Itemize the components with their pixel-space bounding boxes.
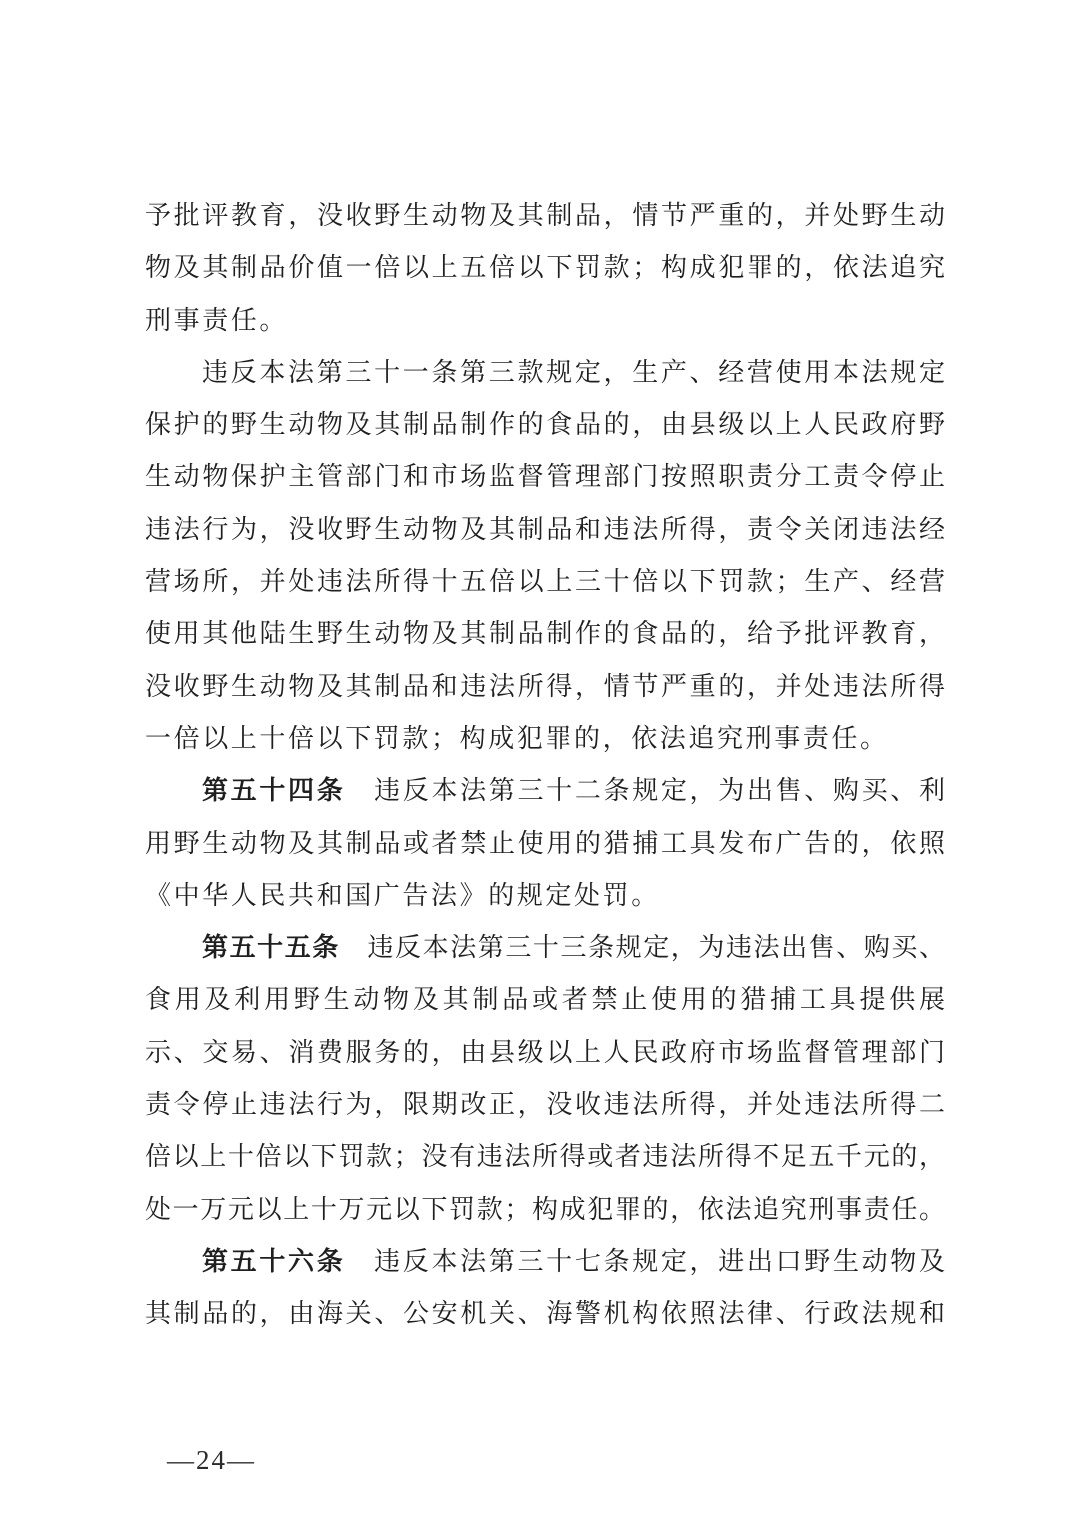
text-line: 没收野生动物及其制品和违法所得，情节严重的，并处违法所得 <box>145 661 945 713</box>
article-number-label: 第五十四条 <box>202 776 345 805</box>
text-line: 食用及利用野生动物及其制品或者禁止使用的猎捕工具提供展 <box>145 974 945 1026</box>
line-text: 用野生动物及其制品或者禁止使用的猎捕工具发布广告的，依照 <box>145 829 945 858</box>
line-text: 违反本法第三十二条规定，为出售、购买、利 <box>345 776 945 805</box>
text-line: 使用其他陆生野生动物及其制品制作的食品的，给予批评教育， <box>145 608 945 660</box>
line-text: 物及其制品价值一倍以上五倍以下罚款；构成犯罪的，依法追究 <box>145 253 945 282</box>
line-text: 违反本法第三十一条第三款规定，生产、经营使用本法规定 <box>202 358 945 387</box>
text-line: 刑事责任。 <box>145 295 945 347</box>
line-text: 违反本法第三十三条规定，为违法出售、购买、 <box>340 933 945 962</box>
text-line-article-56: 第五十六条 违反本法第三十七条规定，进出口野生动物及 <box>145 1236 945 1288</box>
line-text: 处一万元以上十万元以下罚款；构成犯罪的，依法追究刑事责任。 <box>145 1195 945 1224</box>
text-line: 《中华人民共和国广告法》的规定处罚。 <box>145 870 945 922</box>
line-text: 刑事责任。 <box>145 306 288 335</box>
line-text: 违反本法第三十七条规定，进出口野生动物及 <box>345 1247 945 1276</box>
text-line: 示、交易、消费服务的，由县级以上人民政府市场监督管理部门 <box>145 1027 945 1079</box>
text-line: 其制品的，由海关、公安机关、海警机构依照法律、行政法规和 <box>145 1288 945 1340</box>
line-text: 违法行为，没收野生动物及其制品和违法所得，责令关闭违法经 <box>145 515 945 544</box>
text-line-article-55: 第五十五条 违反本法第三十三条规定，为违法出售、购买、 <box>145 922 945 974</box>
text-line: 倍以上十倍以下罚款；没有违法所得或者违法所得不足五千元的， <box>145 1131 945 1183</box>
text-line-article-54: 第五十四条 违反本法第三十二条规定，为出售、购买、利 <box>145 765 945 817</box>
line-text: 没收野生动物及其制品和违法所得，情节严重的，并处违法所得 <box>145 672 945 701</box>
line-text: 生动物保护主管部门和市场监督管理部门按照职责分工责令停止 <box>145 462 945 491</box>
text-line-paragraph-start: 违反本法第三十一条第三款规定，生产、经营使用本法规定 <box>145 347 945 399</box>
line-text: 《中华人民共和国广告法》的规定处罚。 <box>145 881 660 910</box>
line-text: 保护的野生动物及其制品制作的食品的，由县级以上人民政府野 <box>145 410 945 439</box>
text-line: 处一万元以上十万元以下罚款；构成犯罪的，依法追究刑事责任。 <box>145 1184 945 1236</box>
document-page: 予批评教育，没收野生动物及其制品，情节严重的，并处野生动 物及其制品价值一倍以上… <box>0 0 1074 1520</box>
line-text: 食用及利用野生动物及其制品或者禁止使用的猎捕工具提供展 <box>145 985 945 1014</box>
line-text: 予批评教育，没收野生动物及其制品，情节严重的，并处野生动 <box>145 201 945 230</box>
line-text: 倍以上十倍以下罚款；没有违法所得或者违法所得不足五千元的， <box>145 1142 945 1171</box>
text-line: 一倍以上十倍以下罚款；构成犯罪的，依法追究刑事责任。 <box>145 713 945 765</box>
document-body-text: 予批评教育，没收野生动物及其制品，情节严重的，并处野生动 物及其制品价值一倍以上… <box>145 190 945 1341</box>
text-line: 予批评教育，没收野生动物及其制品，情节严重的，并处野生动 <box>145 190 945 242</box>
text-line: 物及其制品价值一倍以上五倍以下罚款；构成犯罪的，依法追究 <box>145 242 945 294</box>
line-text: 责令停止违法行为，限期改正，没收违法所得，并处违法所得二 <box>145 1090 945 1119</box>
line-text: 使用其他陆生野生动物及其制品制作的食品的，给予批评教育， <box>145 619 945 648</box>
line-text: 示、交易、消费服务的，由县级以上人民政府市场监督管理部门 <box>145 1038 945 1067</box>
text-line: 营场所，并处违法所得十五倍以上三十倍以下罚款；生产、经营 <box>145 556 945 608</box>
text-line: 责令停止违法行为，限期改正，没收违法所得，并处违法所得二 <box>145 1079 945 1131</box>
line-text: 其制品的，由海关、公安机关、海警机构依照法律、行政法规和 <box>145 1299 945 1328</box>
line-text: 一倍以上十倍以下罚款；构成犯罪的，依法追究刑事责任。 <box>145 724 889 753</box>
article-number-label: 第五十六条 <box>202 1247 345 1276</box>
text-line: 违法行为，没收野生动物及其制品和违法所得，责令关闭违法经 <box>145 504 945 556</box>
article-number-label: 第五十五条 <box>202 933 340 962</box>
page-number: —24— <box>167 1445 256 1476</box>
text-line: 用野生动物及其制品或者禁止使用的猎捕工具发布广告的，依照 <box>145 818 945 870</box>
text-line: 生动物保护主管部门和市场监督管理部门按照职责分工责令停止 <box>145 451 945 503</box>
line-text: 营场所，并处违法所得十五倍以上三十倍以下罚款；生产、经营 <box>145 567 945 596</box>
text-line: 保护的野生动物及其制品制作的食品的，由县级以上人民政府野 <box>145 399 945 451</box>
